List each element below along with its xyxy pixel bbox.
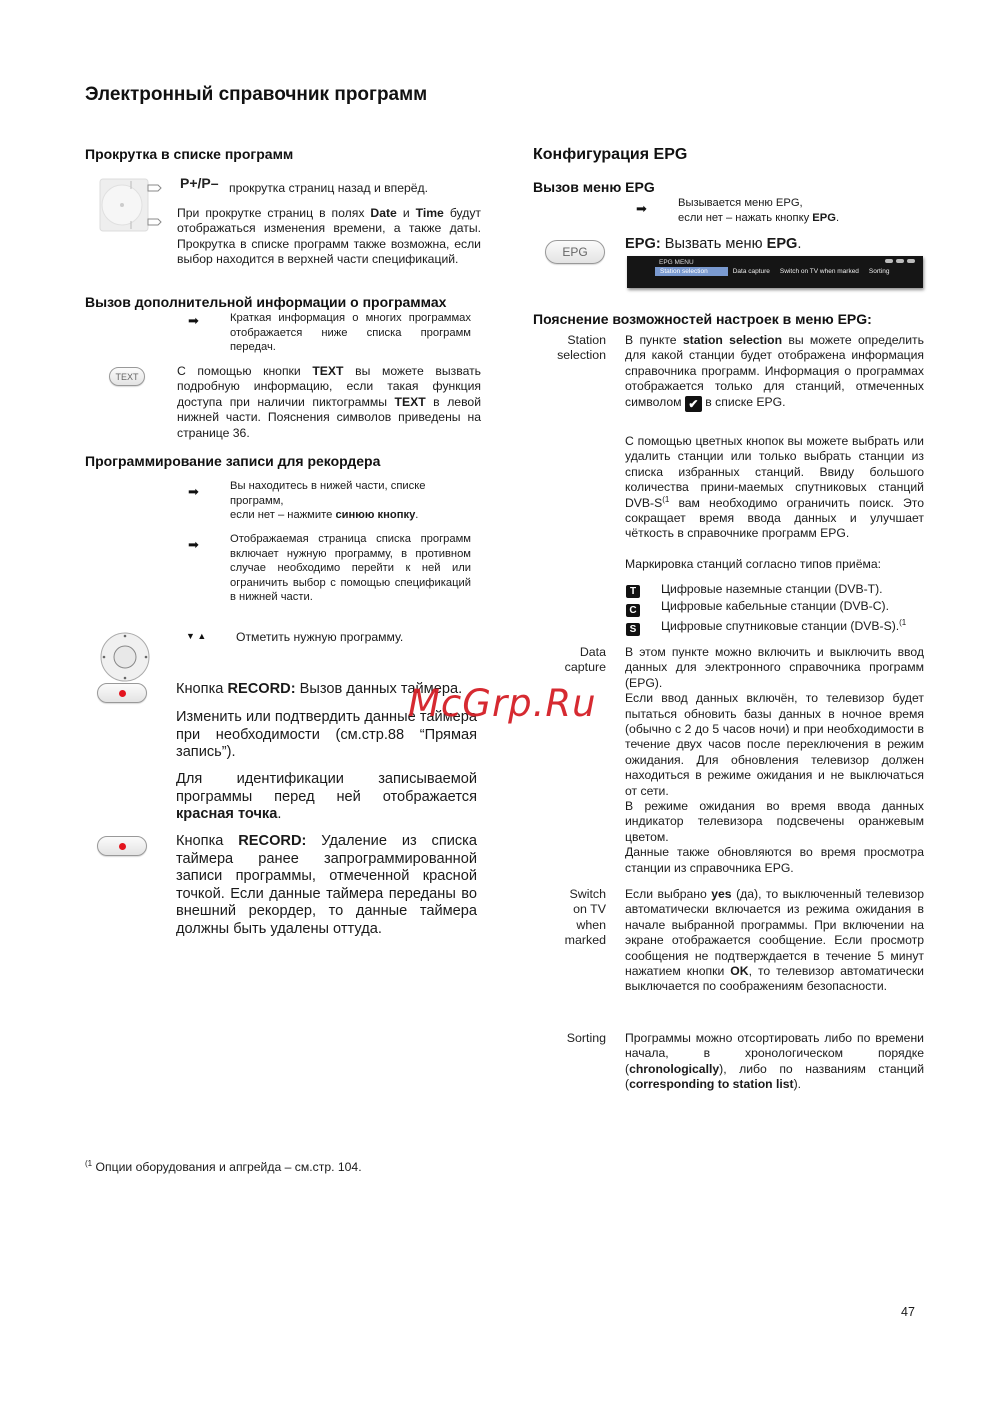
- scroll-heading: Прокрутка в списке программ: [85, 146, 293, 162]
- epg-menu-item-switch-on-tv[interactable]: Switch on TV when marked: [775, 267, 864, 276]
- page-title: Электронный справочник программ: [85, 84, 427, 106]
- dvb-c-icon: C: [626, 604, 640, 617]
- down-up-arrows-icon: ▼ ▲: [186, 631, 206, 641]
- record-delete-text: Кнопка RECORD: Удаление из списка таймер…: [176, 833, 477, 939]
- epg-menu-item-sorting[interactable]: Sorting: [864, 267, 895, 276]
- term-station-selection: Stationselection: [531, 333, 606, 364]
- page-number: 47: [901, 1305, 915, 1319]
- dvb-t-icon: T: [626, 585, 640, 598]
- arrow-right-icon: ➡: [636, 201, 647, 217]
- epg-button[interactable]: EPG: [545, 240, 605, 264]
- watermark: McGrp.Ru: [408, 682, 597, 725]
- station-selection-p2: С помощью цветных кнопок вы можете выбра…: [625, 434, 924, 542]
- dvb-s-icon: S: [626, 623, 640, 636]
- record-dot-icon: [119, 690, 126, 697]
- station-selection-p1: В пункте station selection вы можете опр…: [625, 333, 924, 412]
- epg-menu-title: EPG MENU: [659, 259, 694, 266]
- epg-menu-screenshot: EPG MENU Station selection Data capture …: [627, 256, 923, 288]
- record-button[interactable]: [97, 683, 147, 703]
- record-ident-text: Для идентификации записываемой программы…: [176, 771, 477, 824]
- text-button[interactable]: TEXT: [109, 367, 145, 386]
- epg-menu-item-station-selection[interactable]: Station selection: [655, 267, 728, 276]
- epg-call-line: EPG: Вызвать меню EPG.: [625, 236, 801, 252]
- footnote: (1 Опции оборудования и апгрейда – см.ст…: [85, 1160, 362, 1175]
- scroll-paragraph: При прокрутке страниц в полях Date и Tim…: [177, 206, 481, 268]
- term-data-capture: Datacapture: [531, 645, 606, 676]
- switch-on-tv-text: Если выбрано yes (да), то выключенный те…: [625, 887, 924, 995]
- pplus-pminus-text: прокрутка страниц назад и вперёд.: [229, 181, 428, 196]
- remote-pplus-pminus-icon: [98, 177, 164, 233]
- dvb-c-text: Цифровые кабельные станции (DVB-C).: [661, 599, 889, 614]
- epg-menu-item-data-capture[interactable]: Data capture: [728, 267, 775, 276]
- record-arrow1-text: Вы находитесь в нижей части, списке прог…: [230, 479, 471, 523]
- record-dot-icon: [119, 843, 126, 850]
- epg-menu-color-keys-icon: [885, 259, 915, 263]
- epg-config-heading: Конфигурация EPG: [533, 146, 687, 164]
- epg-call-heading: Вызов меню EPG: [533, 179, 655, 195]
- record-button-delete[interactable]: [97, 836, 147, 856]
- explain-heading: Пояснение возможностей настроек в меню E…: [533, 311, 872, 327]
- navigation-ok-pad-icon[interactable]: [99, 631, 151, 683]
- nav-text: Отметить нужную программу.: [236, 630, 403, 645]
- pplus-pminus-label: P+/P–: [180, 175, 219, 191]
- term-switch-on-tv: Switchon TVwhenmarked: [531, 887, 606, 949]
- term-sorting: Sorting: [531, 1031, 606, 1046]
- info-arrow-text: Краткая информация о многих программах о…: [230, 311, 471, 355]
- info-paragraph: С помощью кнопки TEXT вы можете вызвать …: [177, 364, 481, 441]
- record-arrow2-text: Отображаемая страница списка программ вк…: [230, 532, 471, 605]
- record-heading: Программирование записи для рекордера: [85, 453, 380, 469]
- info-heading: Вызов дополнительной информации о програ…: [85, 294, 446, 310]
- arrow-right-icon: ➡: [188, 313, 199, 329]
- data-capture-text: В этом пункте можно включить и выключить…: [625, 645, 924, 876]
- arrow-right-icon: ➡: [188, 537, 199, 553]
- sorting-text: Программы можно отсортировать либо по вр…: [625, 1031, 924, 1093]
- dvb-t-text: Цифровые наземные станции (DVB-T).: [661, 582, 883, 597]
- checkmark-icon: ✔: [685, 396, 702, 412]
- station-selection-p3: Маркировка станций согласно типов приёма…: [625, 557, 924, 572]
- arrow-right-icon: ➡: [188, 484, 199, 500]
- epg-call-arrow-text: Вызывается меню EPG,если нет – нажать кн…: [678, 196, 839, 225]
- dvb-s-text: Цифровые спутниковые станции (DVB-S).(1: [661, 619, 906, 634]
